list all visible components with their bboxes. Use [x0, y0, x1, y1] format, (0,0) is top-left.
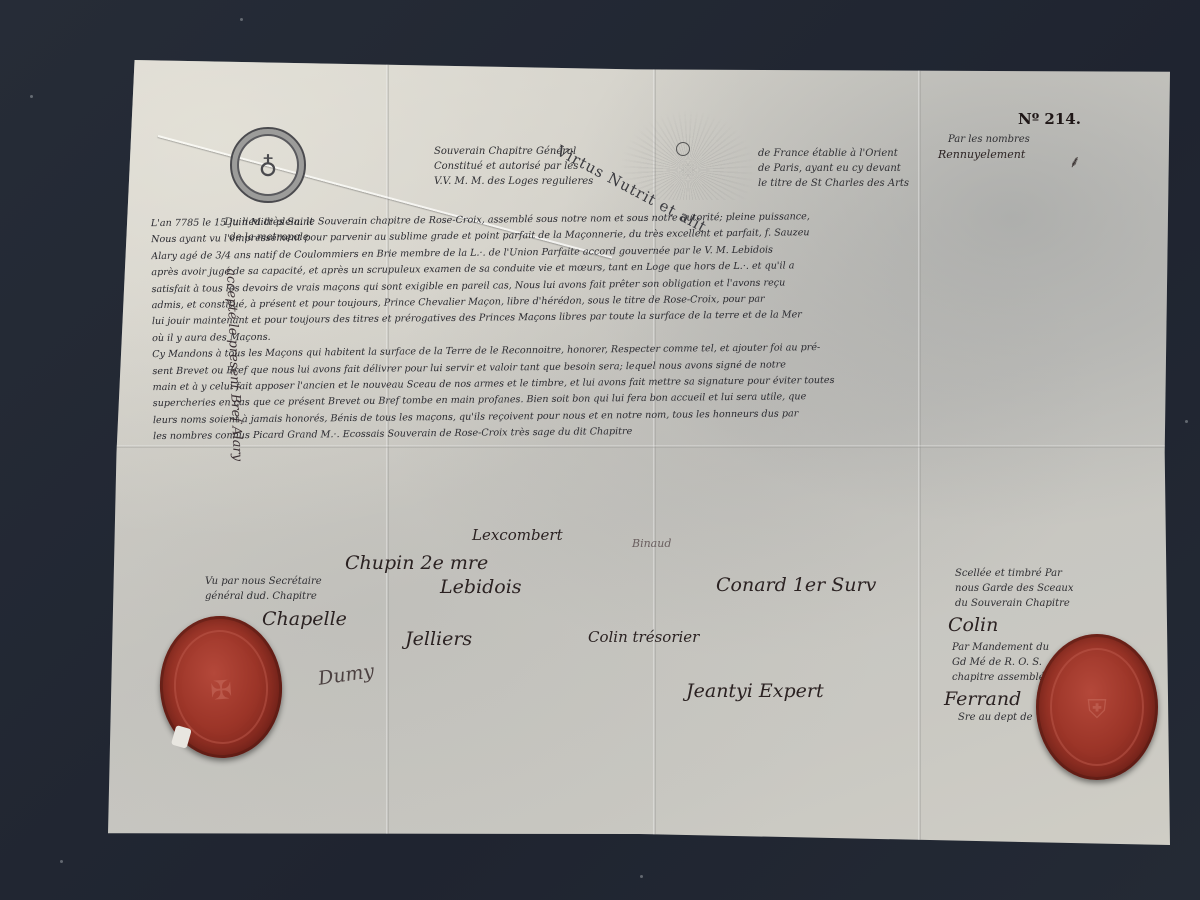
header-line: V.V. M. M. des Loges regulieres: [434, 174, 593, 189]
signature-jeantyi: Jeantyi Expert: [686, 680, 824, 702]
document-number: Nº 214.: [1018, 110, 1081, 128]
signature-chupin: Chupin 2e mre: [345, 552, 488, 574]
seal-keeper-line: Scellée et timbré Par: [955, 566, 1073, 581]
wax-seal-right: ⛨: [1036, 634, 1158, 780]
seal-keeper-line: nous Garde des Sceaux: [955, 581, 1073, 596]
mandate-line: Par Mandement du: [952, 640, 1049, 655]
speck: [30, 95, 33, 98]
signature-colin-seal-keeper: Colin: [948, 614, 998, 636]
top-right-note: Par les nombres: [948, 132, 1030, 147]
signature-chapelle: Chapelle: [262, 608, 347, 630]
coat-of-arms-icon: ⛨: [1036, 695, 1158, 726]
speck: [640, 875, 643, 878]
speck: [60, 860, 63, 863]
lodge-emblem-icon: ♁: [230, 127, 306, 203]
mandate-footer: Sre au dept de: [958, 710, 1033, 725]
speck: [240, 18, 243, 21]
signature-jelliers: Jelliers: [405, 628, 472, 650]
seal-keeper-line: du Souverain Chapitre: [955, 596, 1073, 611]
secretary-block: Vu par nous Secrétaire général dud. Chap…: [205, 574, 322, 604]
signature-conard: Conard 1er Surv: [716, 574, 876, 596]
fold-line: [918, 60, 921, 845]
header-line: de France établie à l'Orient: [758, 146, 909, 161]
mandate-block: Par Mandement du Gd Mé de R. O. S. chapi…: [952, 640, 1049, 685]
mandate-line: Gd Mé de R. O. S.: [952, 655, 1049, 670]
seal-chip: [171, 725, 192, 749]
speck: [1185, 420, 1188, 423]
signature-colin-treasurer: Colin trésorier: [588, 628, 699, 646]
sun-icon: [676, 142, 690, 156]
secretary-line: Vu par nous Secrétaire: [205, 574, 322, 589]
signature-lebidois: Lebidois: [440, 576, 522, 598]
pelican-emblem-icon: ✠: [159, 671, 283, 709]
patent-body: L'an 7785 le 15 juin Midi plein. le Souv…: [151, 208, 933, 446]
top-right-signature: Rennuyelement: [938, 148, 1025, 161]
fold-line: [386, 60, 389, 845]
signature-binaud: Binaud: [632, 537, 671, 550]
flourish-signature: ⸙: [1066, 151, 1081, 173]
mandate-line: chapitre assemblé: [952, 670, 1049, 685]
signature-ferrand: Ferrand: [944, 688, 1021, 710]
header-line: le titre de St Charles des Arts: [758, 176, 909, 191]
secretary-line: général dud. Chapitre: [205, 589, 322, 604]
seal-keeper-block: Scellée et timbré Par nous Garde des Sce…: [955, 566, 1073, 611]
header-line: de Paris, ayant eu cy devant: [758, 161, 909, 176]
signature-grand-master: Lexcombert: [472, 526, 563, 544]
fold-line: [108, 445, 1170, 448]
header-center-right: de France établie à l'Orient de Paris, a…: [758, 146, 909, 191]
